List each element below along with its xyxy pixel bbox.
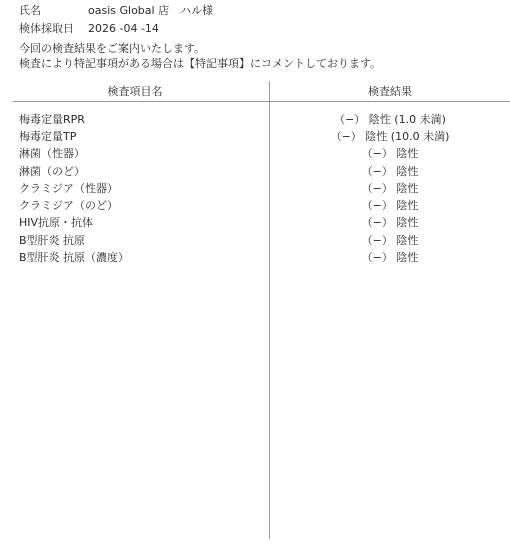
test-result-document: 氏名 oasis Global 店 ハル様 検体採取日 2026 -04 -14… (0, 0, 510, 543)
test-result-value: （−） 陰性 (10.0 未満) (270, 128, 510, 144)
results-table-header: 検査項目名 検査結果 (0, 85, 510, 98)
column-header-test-result: 検査結果 (270, 85, 510, 98)
table-row: 梅毒定量RPR （−） 陰性 (1.0 未満) (0, 110, 510, 127)
table-row: クラミジア（性器） （−） 陰性 (0, 179, 510, 196)
test-result-value: （−） 陰性 (1.0 未満) (270, 111, 510, 127)
test-item-name: B型肝炎 抗原 (0, 232, 270, 248)
test-item-name: 梅毒定量RPR (0, 111, 270, 127)
name-label: 氏名 (19, 4, 88, 17)
collection-date-label: 検体採取日 (19, 22, 88, 35)
header-underline (13, 101, 510, 102)
table-row: B型肝炎 抗原 （−） 陰性 (0, 231, 510, 248)
results-table-body: 梅毒定量RPR （−） 陰性 (1.0 未満) 梅毒定量TP （−） 陰性 (1… (0, 110, 510, 266)
test-item-name: 淋菌（のど） (0, 163, 270, 179)
table-row: 淋菌（性器） （−） 陰性 (0, 145, 510, 162)
test-item-name: クラミジア（性器） (0, 180, 270, 196)
name-value: oasis Global 店 ハル様 (88, 4, 213, 17)
table-row: 梅毒定量TP （−） 陰性 (10.0 未満) (0, 127, 510, 144)
test-result-value: （−） 陰性 (270, 163, 510, 179)
table-row: クラミジア（のど） （−） 陰性 (0, 196, 510, 213)
table-row: 淋菌（のど） （−） 陰性 (0, 162, 510, 179)
test-result-value: （−） 陰性 (270, 249, 510, 265)
test-result-value: （−） 陰性 (270, 214, 510, 230)
patient-name-row: 氏名 oasis Global 店 ハル様 (19, 4, 213, 17)
intro-line-2: 検査により特記事項がある場合は【特記事項】にコメントしております。 (19, 57, 381, 70)
test-result-value: （−） 陰性 (270, 180, 510, 196)
column-header-test-item: 検査項目名 (0, 85, 270, 98)
test-result-value: （−） 陰性 (270, 232, 510, 248)
test-result-value: （−） 陰性 (270, 145, 510, 161)
test-result-value: （−） 陰性 (270, 197, 510, 213)
table-row: B型肝炎 抗原（濃度） （−） 陰性 (0, 248, 510, 265)
test-item-name: HIV抗原・抗体 (0, 214, 270, 230)
collection-date-value: 2026 -04 -14 (88, 22, 159, 35)
intro-line-1: 今回の検査結果をご案内いたします。 (19, 42, 205, 55)
table-row: HIV抗原・抗体 （−） 陰性 (0, 214, 510, 231)
test-item-name: クラミジア（のど） (0, 197, 270, 213)
test-item-name: 淋菌（性器） (0, 145, 270, 161)
collection-date-row: 検体採取日 2026 -04 -14 (19, 22, 159, 35)
test-item-name: 梅毒定量TP (0, 128, 270, 144)
test-item-name: B型肝炎 抗原（濃度） (0, 249, 270, 265)
